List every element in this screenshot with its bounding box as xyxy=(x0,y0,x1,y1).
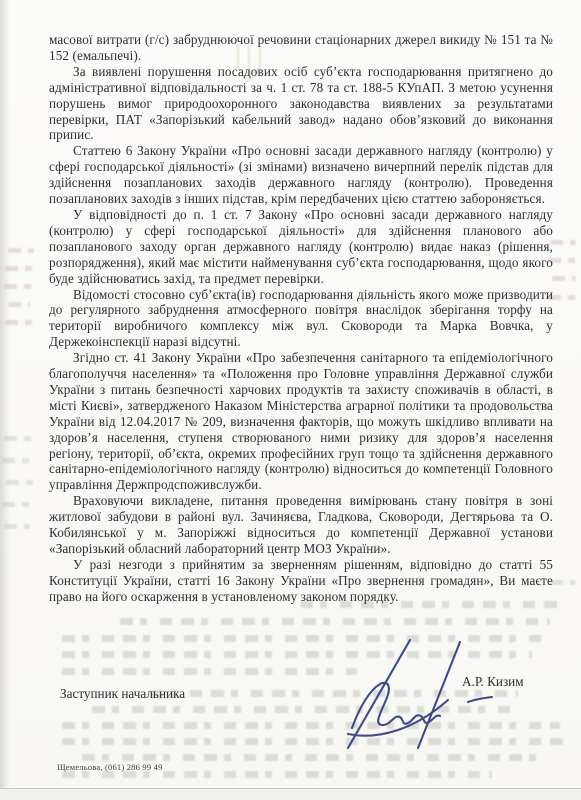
bleed-through-line xyxy=(550,580,576,585)
handwritten-signature-ink xyxy=(330,628,510,758)
page-left-edge-shadow xyxy=(0,0,10,800)
paragraph: Статтею 6 Закону України «Про основні за… xyxy=(49,143,553,207)
signer-position-title: Заступник начальника xyxy=(60,686,185,702)
bleed-through-line xyxy=(6,480,34,485)
paragraph: Відомості стосовно суб’єкта(ів) господар… xyxy=(49,287,553,351)
bleed-through-line xyxy=(5,266,35,271)
bleed-through-line xyxy=(62,668,357,675)
bleed-through-line xyxy=(2,502,32,507)
paragraph: За виявлені порушення посадових осіб суб… xyxy=(49,64,553,144)
bleed-through-line xyxy=(120,618,550,625)
bleed-through-line xyxy=(550,240,576,245)
scanned-letter-page: масової витрати (г/с) забруднюючої речов… xyxy=(0,0,581,800)
document-body: масової витрати (г/с) забруднюючої речов… xyxy=(49,32,553,605)
bleed-through-line xyxy=(62,771,492,778)
bleed-through-line xyxy=(4,436,34,441)
bleed-through-line xyxy=(2,458,36,463)
page-bottom-edge xyxy=(0,788,581,800)
paragraph: Враховуючи викладене, питання проведення… xyxy=(49,493,553,557)
bleed-through-line xyxy=(8,248,34,253)
bleed-through-line xyxy=(4,524,30,529)
bleed-through-line xyxy=(5,320,33,325)
bleed-through-line xyxy=(8,302,30,307)
bleed-through-line xyxy=(4,284,36,289)
bleed-through-line xyxy=(552,276,576,281)
paragraph: У разі незгоди з прийнятим за зверненням… xyxy=(49,557,553,605)
footer-executor-contact: Щемельова, (061) 286 99 49 xyxy=(57,762,163,772)
paragraph: масової витрати (г/с) забруднюючої речов… xyxy=(49,32,553,64)
paragraph: Згідно ст. 41 Закону України «Про забезп… xyxy=(49,350,553,493)
paragraph: У відповідності до п. 1 ст. 7 Закону «Пр… xyxy=(49,207,553,287)
